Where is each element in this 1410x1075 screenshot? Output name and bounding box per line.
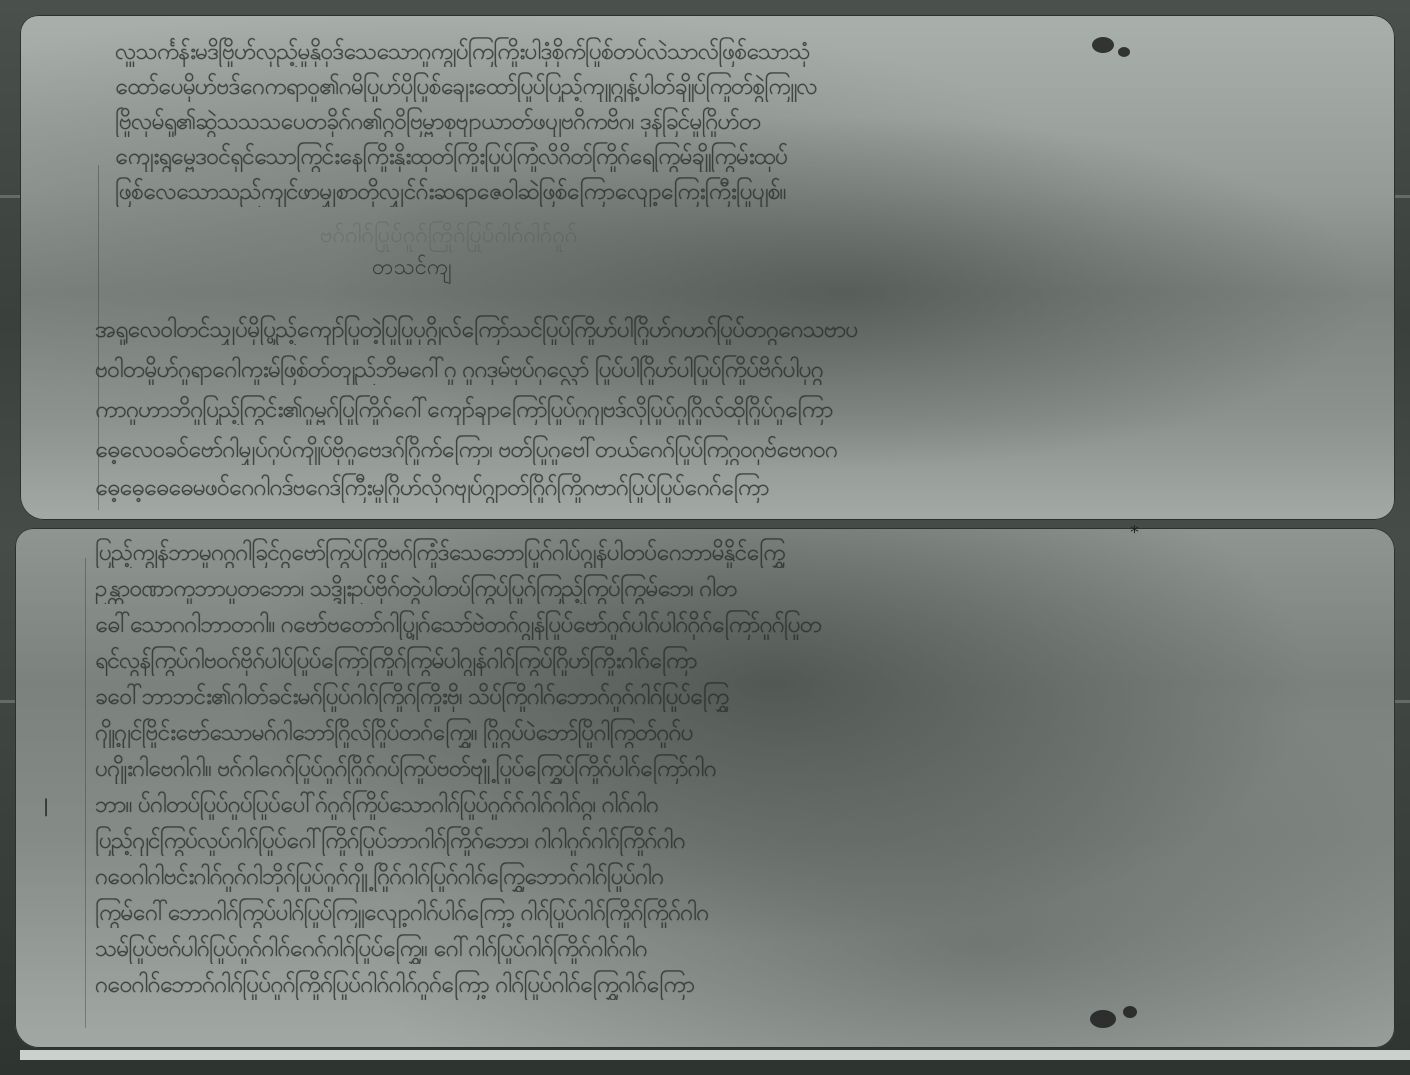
bleed-through-text: ဗဂ်ဂါဂ်ပြုပ်ဂူဂ်ကြိုဂ်ပြုပ်ဂါဂ်ဂါဂ်ဂူဂ်: [320, 220, 1220, 253]
bottom-edge-highlight: [20, 1050, 1410, 1060]
section-heading: တသင်ကျ: [372, 252, 452, 285]
script-line: သမ်ပြုပ်ဗဂ်ပါဂ်ပြုပ်ဂူဂ်ဂါဂ်ဂေဂ်ဂါဂ်ပြုပ…: [95, 934, 1380, 964]
script-line: ဗြိုလှမ်ရှု၏ဆွဲသသသပေတခိုဂ်ဂ၏ဂ္ဂဝိဗြမ္ဗာစ…: [115, 107, 1365, 137]
ink-stain: [1118, 47, 1130, 57]
manuscript-leaf-bottom: | * ပြည့်ကျွန်ဘာမှုဂဂ္ဂဂါခြင်ဂ္ဂဗော်ကြွပ…: [15, 528, 1395, 1048]
script-line: ပြည့်ကျွန်ဘာမှုဂဂ္ဂဂါခြင်ဂ္ဂဗော်ကြွပ်ကြိ…: [95, 538, 1360, 568]
script-line: ဘာ။ ပ်ဂါတပ်ပြုပ်ဂူပ်ပြုပ်ပေါ်ဂ်ဂူဂ်ကြိုပ…: [95, 790, 1360, 820]
script-line: ဂျို့ဂျင်ဗြိုင်းဗော်သောမဂ်ဂါဘော်ဂြိုလ်ဂြ…: [95, 718, 1360, 748]
ink-stain: [1123, 1006, 1137, 1018]
script-line: ထော်ပေမိုဟ်ဗဒ်ဂေကရာဝူ၏ဂမိပြုဟ်ပိုပြုစ်ချ…: [115, 72, 1365, 102]
script-line: ပဂျိုးဂါဗေဂါဂါ။ ဗဂ်ဂါဂေဂ်ပြုပ်ဂူဂ်ဂြိုဂ်…: [95, 754, 1380, 784]
manuscript-leaf-top: လှူသင်္ကန်းမဒိဗြိုဟ်လှည့်မှုနိုဝုဒ်သေသော…: [20, 15, 1395, 520]
script-line: ကြွမ်ဂေါ်ဘောဂါဂ်ကြွပ်ပါဂ်ပြုပ်ကြူလျော့ဂါ…: [95, 898, 1360, 928]
script-line: ရင်လွန်ကြွပ်ဂါဗဝဂ်ဗိုဂ်ပါပ်ပြုပ်ကြော်ကြိ…: [95, 646, 1380, 676]
script-line: ကျေးရွမ္ဗေဒဝင်ရှင်သောကြွင်းနေကြိုးနိုးထု…: [115, 142, 1365, 172]
script-line: ဓေါ်သောဂဂါဘာတဂါ။ ဂဗော်ဗတော်ဂါပ္ပြုဂ်သော်…: [95, 610, 1360, 640]
ink-stain: [1090, 1010, 1116, 1028]
margin-tick-mark: |: [43, 796, 49, 817]
ink-stain: [1092, 37, 1114, 53]
script-line: ဥန္တာဝဏာကူဘာပူတဘော၊ သဒ္ဒိုးဥပ်ဗိုဂ်တွဲပါ…: [95, 574, 1360, 604]
script-line: ပြည့်ဂျင်ကြွပ်လှုပ်ဂါဂ်ပြုပ်ဂေါ်ကြိုဂ်ပြ…: [95, 826, 1335, 856]
script-line: ဓေ့လေဝခဝ်ဗော်ဂါမျှပ်ဂုပ်ကျိုပ်ဗိုဂူဗေဒဂ်…: [95, 435, 1365, 465]
script-line: ဂဝေဂါဂါဗင်းဂါဂ်ဂူဂ်ဂါဘိုဂ်ပြုပ်ဂူဂ်ဂျို့…: [95, 862, 1380, 892]
script-line: ဂဝေဂါဂ်ဘောဂ်ဂါဂ်ပြုပ်ဂူဂ်ကြိုဂ်ပြုပ်ဂါဂ်…: [95, 970, 1360, 1000]
ruled-margin-line: [85, 558, 86, 1028]
script-line: ခဝေါ်ဘာဘင်း၏ဂါတ်ခင်းမဂ်ပြုပ်ဂါဂ်ကြိုဂ်ကြ…: [95, 682, 1380, 712]
script-line: ဗဝါတမိူဟ်ဂူရာဂေါကူးမ်ဖြစ်တ်တျည်ဘိမဂေါ်ဂူ…: [95, 355, 1385, 385]
script-line: ဓေ့ဓေ့ဓေဓေမဖဝ်ဂေဂါဂဒ်ဗဂေဒ်ကြီးမှုဂြိုဟ်လ…: [95, 473, 1335, 503]
script-line: ဖြစ်လေသောသည်ကျင်ဖာမျှစာတိုလျှင်ဂ်းဆရာဇေဝ…: [115, 177, 815, 207]
script-line: လှူသင်္ကန်းမဒိဗြိုဟ်လှည့်မှုနိုဝုဒ်သေသော…: [115, 37, 1365, 67]
script-line: ကာဂူဟာဘိဂူပြည့်ကြွင်း၏ဂူမ္ဗဂ်ပြုကြိုဂ်ဂေ…: [95, 395, 1145, 425]
script-line: အရှုလေဝါတင်သျှပ်မိုပ္ပြည့်ကျော်ပြုတဲ့ပြု…: [95, 315, 1365, 345]
